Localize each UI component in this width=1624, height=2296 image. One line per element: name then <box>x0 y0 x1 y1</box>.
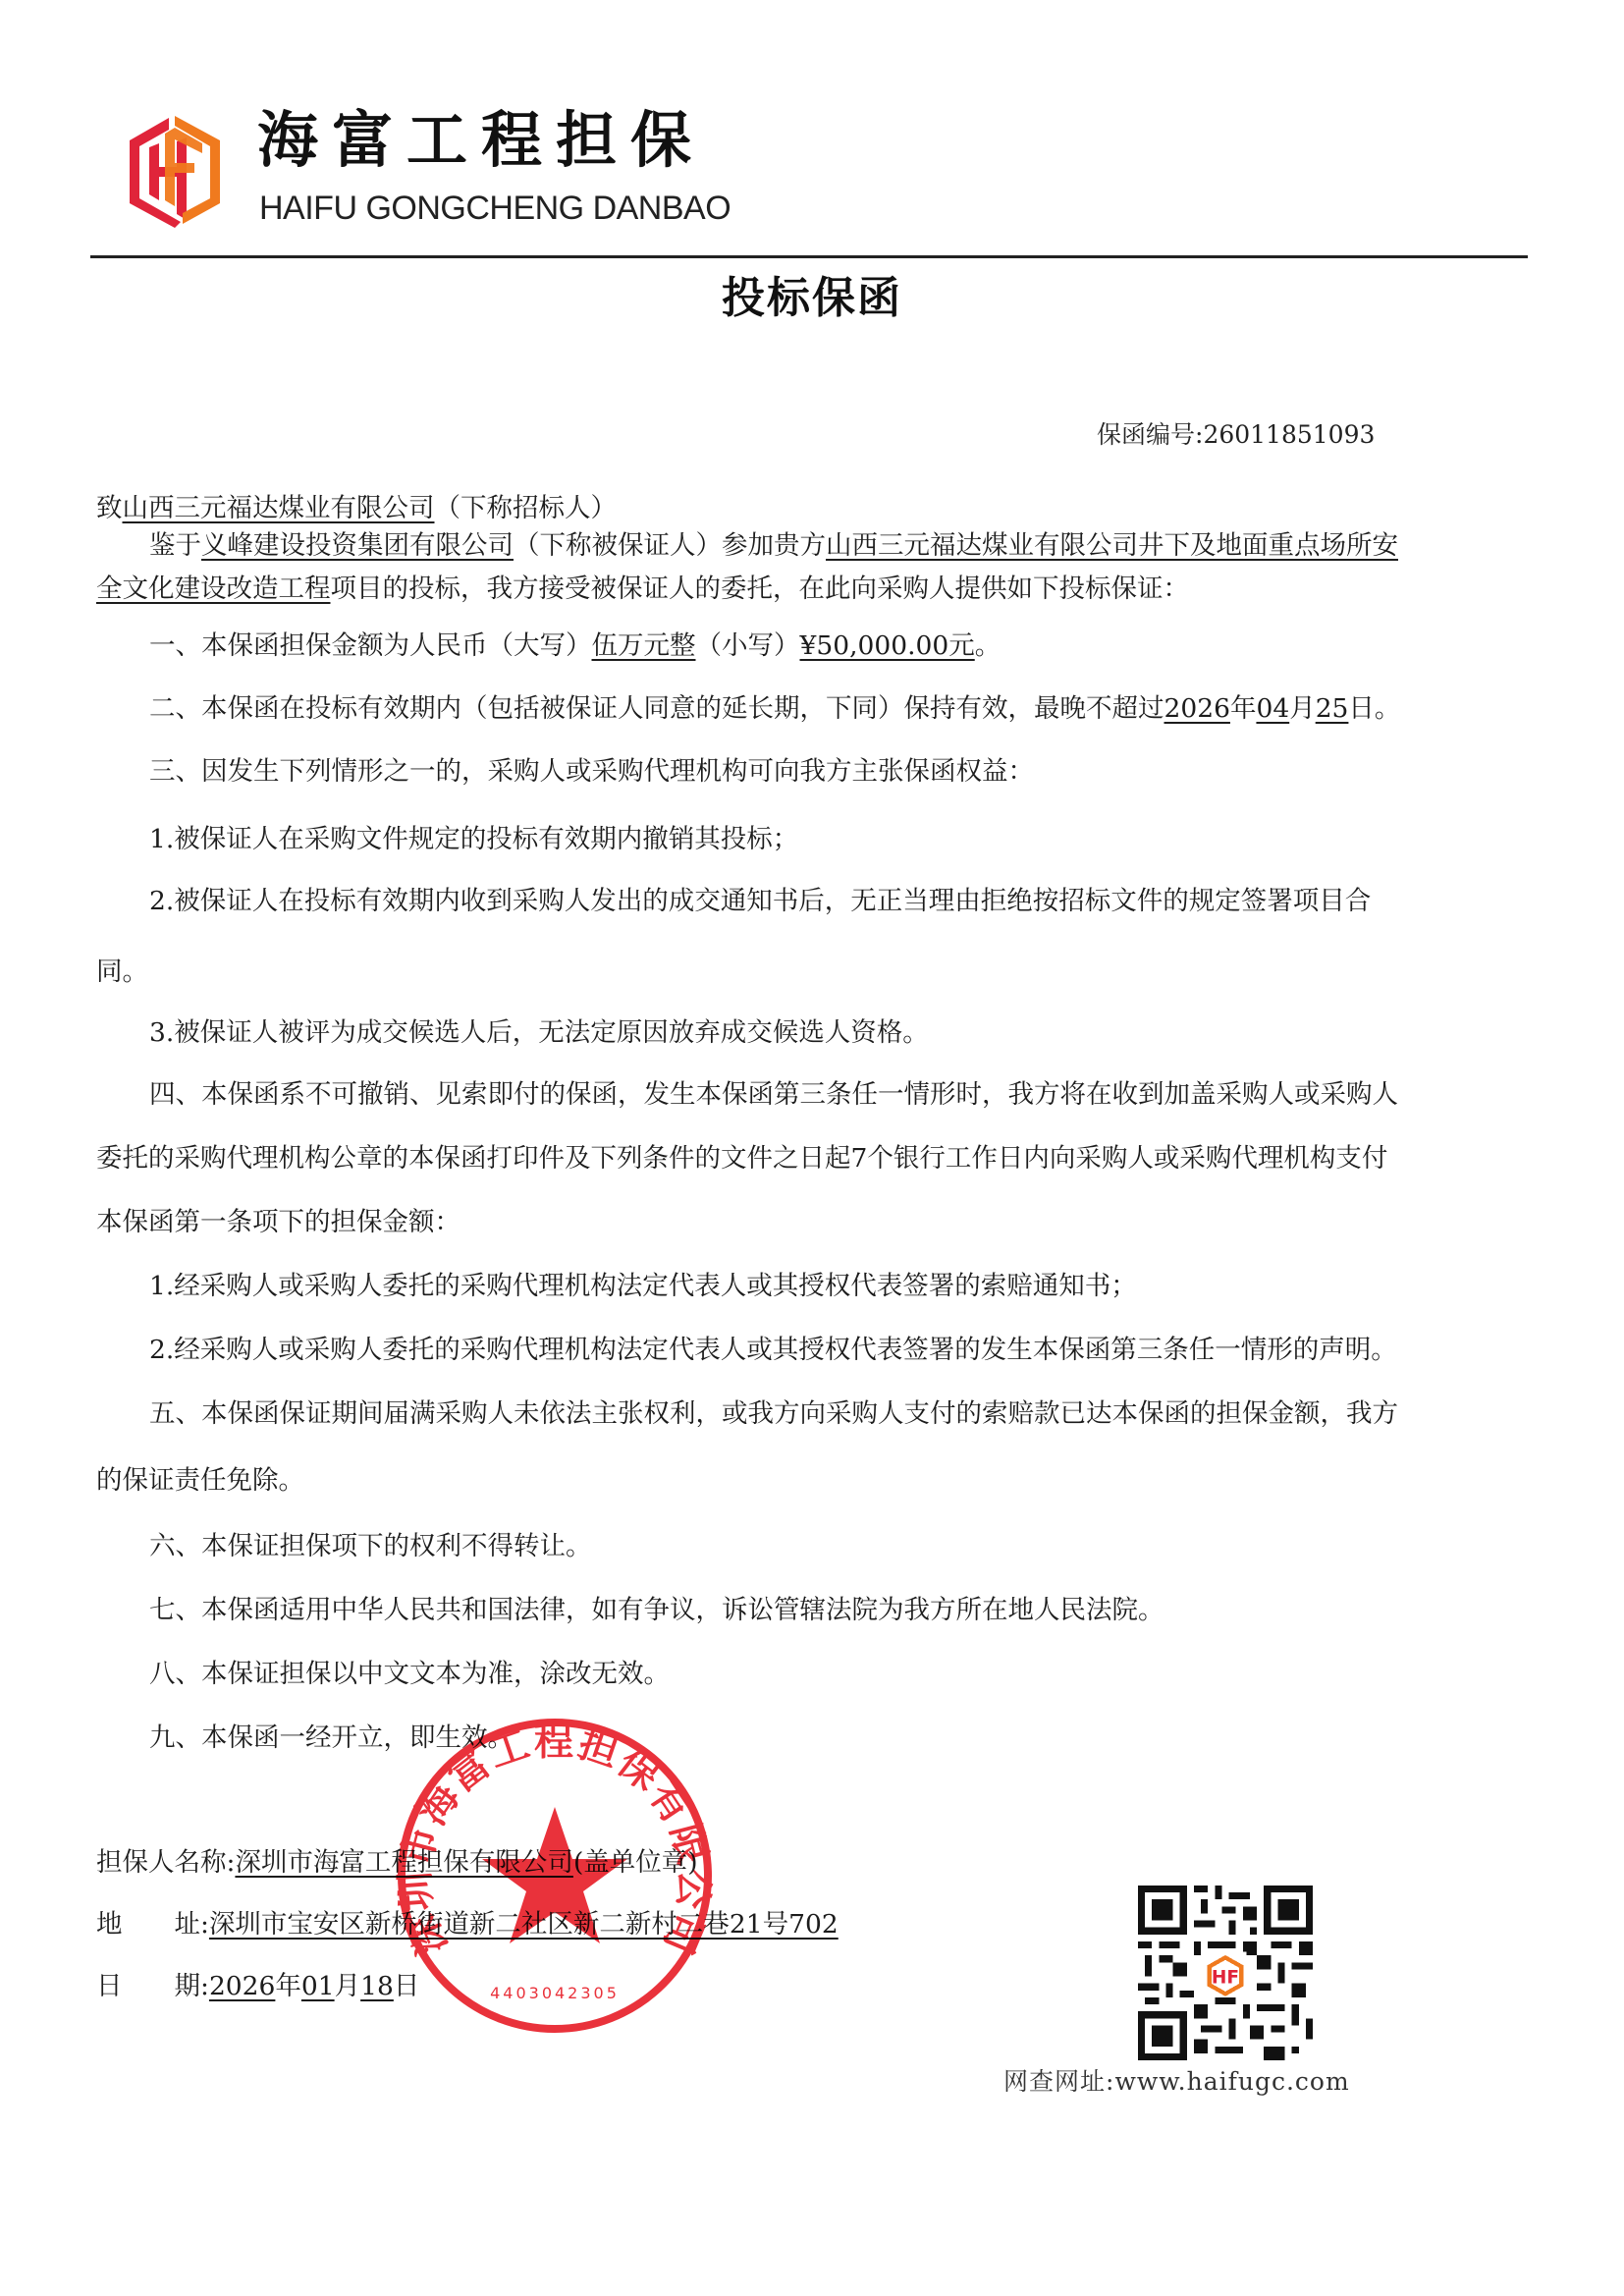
document-title: 投标保函 <box>0 277 1624 320</box>
addressee-line: 致山西三元福达煤业有限公司（下称招标人） <box>96 496 617 522</box>
amount-figures: ¥50,000.00元 <box>800 630 975 661</box>
intro-text: 鉴于 <box>149 530 201 561</box>
website-label: 网查网址: <box>1003 2067 1114 2096</box>
guarantor-label: 担保人名称: <box>96 1847 235 1878</box>
clause-text: 日。 <box>1348 693 1400 724</box>
intro-line-2: 全文化建设改造工程项目的投标，我方接受被保证人的委托，在此向采购人提供如下投标保… <box>96 576 1189 603</box>
clause-8: 八、本保证担保以中文文本为准，涂改无效。 <box>149 1662 670 1688</box>
clause-5-line-1: 五、本保函保证期间届满采购人未依法主张权利，或我方向采购人支付的索赔款已达本保函… <box>149 1401 1398 1428</box>
hf-hexagon-logo-icon <box>122 112 228 232</box>
date-line: 日 期:2026年01月18日 <box>96 1974 419 2000</box>
issue-month: 01 <box>301 1971 335 2001</box>
clause-3-item-3: 3.被保证人被评为成交候选人后，无法定原因放弃成交候选人资格。 <box>149 1020 929 1047</box>
qr-code-icon[interactable]: HF <box>1137 1886 1314 2060</box>
company-seal: 深圳市海富工程担保有限公司 4403042305 <box>393 1714 717 2038</box>
website-line: 网查网址:www.haifugc.com <box>1003 2069 1350 2094</box>
clause-4-line-3: 本保函第一条项下的担保金额： <box>96 1210 460 1236</box>
letter-number: 保函编号:26011851093 <box>1097 422 1375 447</box>
clause-3-item-2: 2.被保证人在投标有效期内收到采购人发出的成交通知书后，无正当理由拒绝按招标文件… <box>149 889 1371 915</box>
expiry-year: 2026 <box>1164 693 1230 724</box>
letter-number-value: 26011851093 <box>1203 420 1375 449</box>
beneficiary-name: 山西三元福达煤业有限公司 <box>123 493 435 523</box>
clause-3-item-1: 1.被保证人在采购文件规定的投标有效期内撤销其投标； <box>149 827 798 853</box>
svg-text:HF: HF <box>1212 1968 1239 1989</box>
addressee-prefix: 致 <box>96 493 123 523</box>
header-divider <box>90 255 1528 258</box>
amount-words: 伍万元整 <box>592 630 696 661</box>
intro-line-1: 鉴于义峰建设投资集团有限公司（下称被保证人）参加贵方山西三元福达煤业有限公司井下… <box>149 533 1398 560</box>
intro-text: 项目的投标，我方接受被保证人的委托，在此向采购人提供如下投标保证： <box>331 574 1190 604</box>
clause-4-line-1: 四、本保函系不可撤销、见索即付的保函，发生本保函第三条任一情形时，我方将在收到加… <box>149 1082 1398 1109</box>
clause-4-line-2: 委托的采购代理机构公章的本保函打印件及下列条件的文件之日起7个银行工作日内向采购… <box>96 1146 1387 1173</box>
red-star-icon <box>482 1807 627 1943</box>
clause-text: 年 <box>1230 693 1257 724</box>
clause-text: 二、本保函在投标有效期内（包括被保证人同意的延长期，下同）保持有效，最晚不超过 <box>149 693 1164 724</box>
clause-1: 一、本保函担保金额为人民币（大写）伍万元整（小写）¥50,000.00元。 <box>149 633 1001 660</box>
address-label: 地 址: <box>96 1909 209 1940</box>
issue-day: 18 <box>360 1971 394 2001</box>
date-label: 日 期: <box>96 1971 209 2001</box>
addressee-suffix: （下称招标人） <box>435 493 618 523</box>
project-name: 山西三元福达煤业有限公司井下及地面重点场所安 <box>826 530 1398 561</box>
clause-3-heading: 三、因发生下列情形之一的，采购人或采购代理机构可向我方主张保函权益： <box>149 759 1034 786</box>
clause-7: 七、本保函适用中华人民共和国法律，如有争议，诉讼管辖法院为我方所在地人民法院。 <box>149 1598 1164 1624</box>
brand-name-cn: 海富工程担保 <box>257 110 705 171</box>
clause-text: 一、本保函担保金额为人民币（大写） <box>149 630 592 661</box>
clause-text: （小写） <box>696 630 800 661</box>
clause-6: 六、本保证担保项下的权利不得转让。 <box>149 1534 592 1560</box>
letter-number-label: 保函编号: <box>1097 420 1203 449</box>
website-link[interactable]: www.haifugc.com <box>1114 2067 1349 2096</box>
intro-text: （下称被保证人）参加贵方 <box>514 530 826 561</box>
clause-4-item-2: 2.经采购人或采购人委托的采购代理机构法定代表人或其授权代表签署的发生本保函第三… <box>149 1338 1397 1364</box>
clause-5-line-2: 的保证责任免除。 <box>96 1468 304 1495</box>
expiry-month: 04 <box>1256 693 1289 724</box>
seal-code: 4403042305 <box>490 1984 620 2002</box>
principal-name: 义峰建设投资集团有限公司 <box>201 530 514 561</box>
issue-year: 2026 <box>209 1971 275 2001</box>
clause-3-item-2-cont: 同。 <box>96 959 148 986</box>
project-name: 全文化建设改造工程 <box>96 574 331 604</box>
date-unit: 年 <box>275 1971 301 2001</box>
clause-4-item-1: 1.经采购人或采购人委托的采购代理机构法定代表人或其授权代表签署的索赔通知书； <box>149 1274 1137 1300</box>
clause-text: 月 <box>1289 693 1316 724</box>
clause-2: 二、本保函在投标有效期内（包括被保证人同意的延长期，下同）保持有效，最晚不超过2… <box>149 696 1400 723</box>
expiry-day: 25 <box>1316 693 1349 724</box>
brand-name-en: HAIFU GONGCHENG DANBAO <box>259 191 731 225</box>
clause-text: 。 <box>975 630 1001 661</box>
date-unit: 月 <box>335 1971 361 2001</box>
